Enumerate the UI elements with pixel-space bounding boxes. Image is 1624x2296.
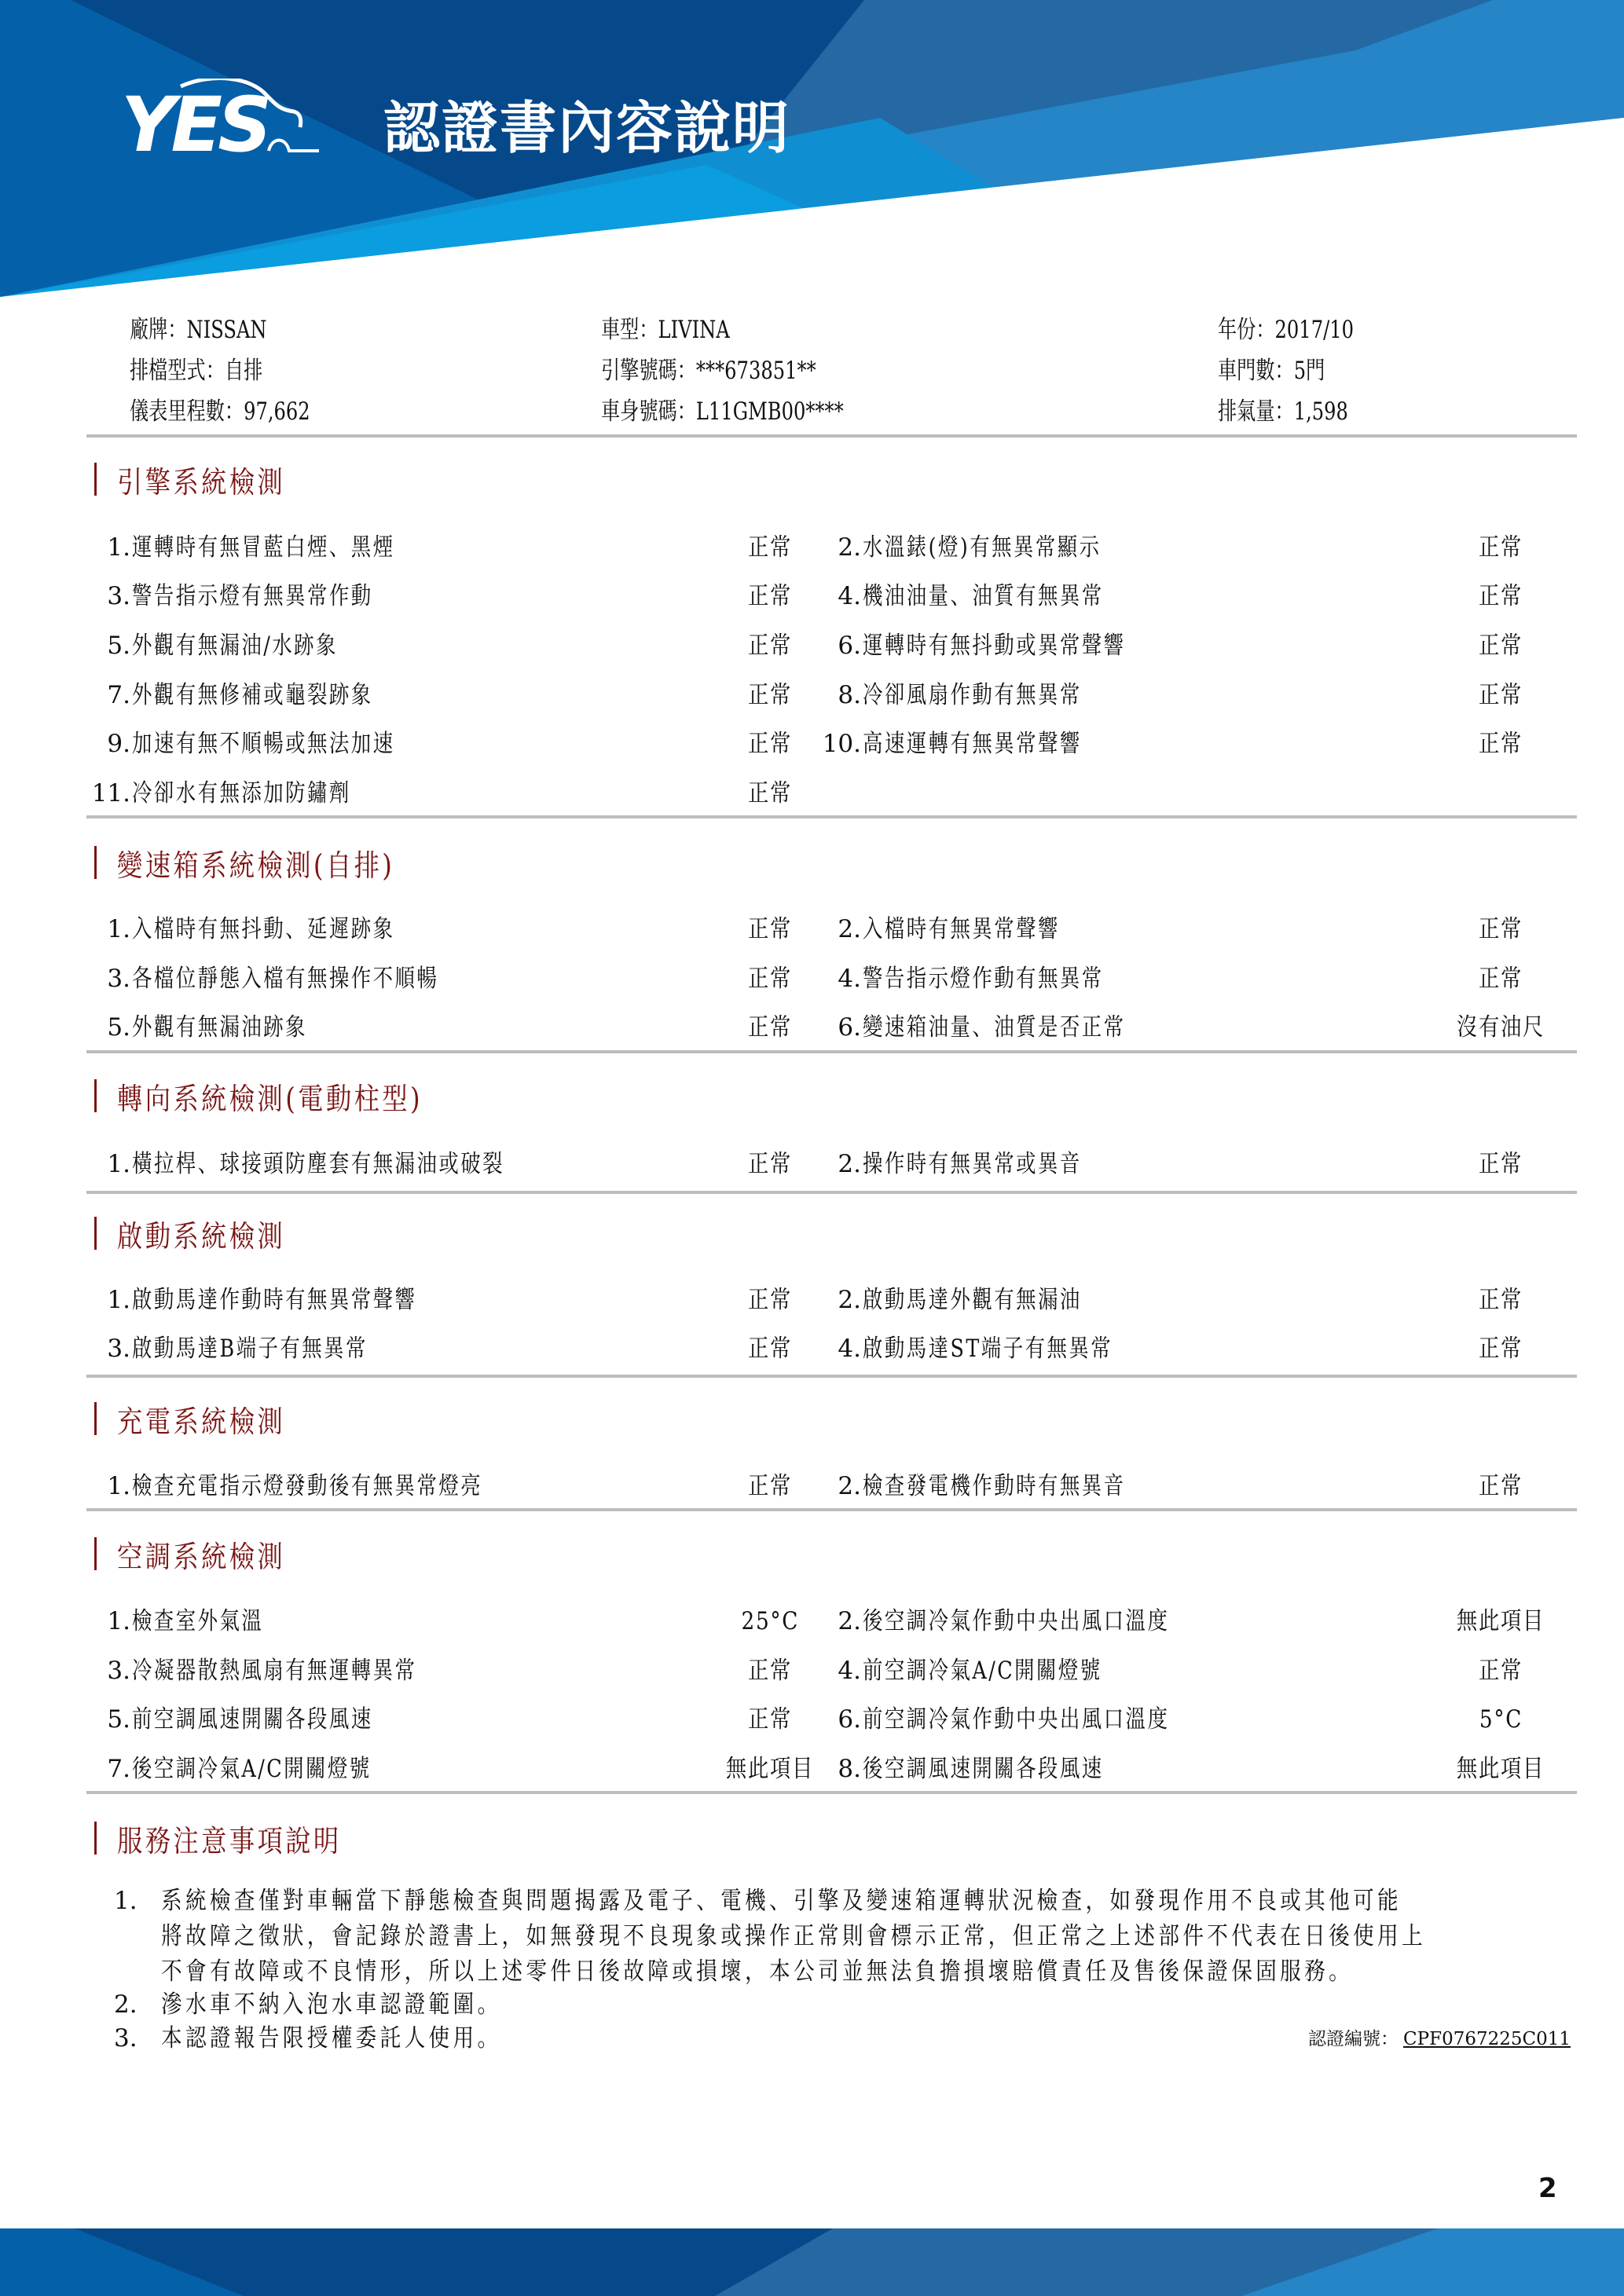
check-item: 2.操作時有無異常或異音: [817, 1147, 1130, 1181]
section-title-ac: 空調系統檢測: [94, 1532, 315, 1576]
check-item: 3.啟動馬達B端子有無異常: [86, 1331, 420, 1366]
check-item: 6.變速箱油量、油質是否正常: [817, 1010, 1183, 1045]
check-result: 5°C: [1422, 1702, 1579, 1737]
section-title-notes: 服務注意事項說明: [94, 1816, 381, 1860]
page-number: 2: [1538, 2173, 1557, 2204]
check-item: 5.外觀有無漏油跡象: [86, 1010, 346, 1045]
check-item: 2.入檔時有無異常聲響: [817, 912, 1103, 947]
yes-logo: YES: [126, 79, 361, 165]
divider: [86, 1791, 1577, 1794]
check-item: 1.檢查室外氣溫: [86, 1604, 292, 1639]
check-result: 正常: [1422, 530, 1579, 565]
section-title-text: 空調系統檢測: [117, 1532, 285, 1576]
section-bar: [94, 1822, 97, 1855]
section-bar: [94, 1079, 97, 1112]
certificate-value: CPF0767225C011: [1399, 2029, 1575, 2049]
section-bar: [94, 846, 97, 879]
check-result: 沒有油尺: [1422, 1010, 1579, 1045]
note-item-continued: 不會有故障或不良情形，所以上述零件日後故障或損壞，本公司並無法負擔損壞賠償責任及…: [114, 1954, 1547, 1989]
check-result: 正常: [1422, 1469, 1579, 1503]
footer-banner: [0, 2228, 1624, 2296]
check-result: 正常: [1422, 1331, 1579, 1366]
section-title-steering: 轉向系統檢測(電動柱型): [94, 1074, 477, 1118]
check-item: 4.機油油量、油質有無異常: [817, 579, 1157, 613]
section-title-transmission: 變速箱系統檢測(自排): [94, 840, 444, 884]
note-item: 1.系統檢查僅對車輛當下靜態檢查與問題揭露及電子、電機、引擎及變速箱運轉狀況檢查…: [114, 1884, 1604, 1918]
info-displacement: 排氣量：1,598: [1218, 396, 1348, 427]
divider: [86, 1050, 1577, 1053]
info-engine-no: 引擎號碼：***673851**: [601, 355, 816, 386]
certificate-number: 認證編號：CPF0767225C011: [1308, 2024, 1575, 2050]
divider: [86, 1508, 1577, 1511]
check-item: 2.啟動馬達外觀有無漏油: [817, 1283, 1130, 1317]
check-item: 3.各檔位靜態入檔有無操作不順暢: [86, 961, 506, 996]
check-item: 3.警告指示燈有無異常作動: [86, 579, 426, 613]
note-item: 3.本認證報告限授權委託人使用。: [114, 2021, 557, 2056]
svg-text:YES: YES: [126, 81, 268, 165]
section-bar: [94, 1537, 97, 1570]
check-item: 6.前空調冷氣作動中央出風口溫度: [817, 1702, 1237, 1737]
info-mileage: 儀表里程數：97,662: [130, 396, 310, 427]
check-result: 無此項目: [1422, 1752, 1579, 1786]
check-item: 10.高速運轉有無異常聲響: [817, 727, 1130, 761]
check-item: 5.前空調風速開關各段風速: [86, 1702, 426, 1737]
section-title-text: 轉向系統檢測(電動柱型): [117, 1075, 423, 1118]
divider: [86, 434, 1577, 438]
check-item: 7.外觀有無修補或龜裂跡象: [86, 678, 426, 712]
certificate-label: 認證編號：: [1308, 2029, 1399, 2049]
check-result: 正常: [1422, 727, 1579, 761]
page-title: 認證書內容說明: [383, 93, 790, 163]
check-item: 4.啟動馬達ST端子有無異常: [817, 1331, 1168, 1366]
info-year: 年份：2017/10: [1218, 314, 1354, 346]
section-bar: [94, 1217, 97, 1250]
check-item: 4.前空調冷氣A/C開關燈號: [817, 1653, 1155, 1688]
check-result: 正常: [1422, 1653, 1579, 1688]
section-title-text: 啟動系統檢測: [117, 1212, 285, 1255]
check-result: 正常: [691, 776, 849, 811]
check-item: 7.後空調冷氣A/C開關燈號: [86, 1752, 424, 1786]
check-item: 1.入檔時有無抖動、延遲跡象: [86, 912, 453, 947]
section-title-text: 變速箱系統檢測(自排): [117, 841, 394, 884]
check-result: 正常: [1422, 961, 1579, 996]
section-title-charging: 充電系統檢測: [94, 1397, 315, 1441]
divider: [86, 1191, 1577, 1194]
check-result: 正常: [1422, 678, 1579, 712]
check-item: 11.冷卻水有無添加防鏽劑: [86, 776, 399, 811]
check-item: 3.冷凝器散熱風扇有無運轉異常: [86, 1653, 479, 1688]
check-item: 2.水溫錶(燈)有無異常顯示: [817, 530, 1153, 565]
section-title-text: 引擎系統檢測: [117, 458, 285, 501]
info-vin: 車身號碼：L11GMB00****: [601, 396, 844, 427]
info-model: 車型：LIVINA: [601, 314, 730, 346]
divider: [86, 815, 1577, 818]
check-item: 2.檢查發電機作動時有無異音: [817, 1469, 1183, 1503]
info-brand: 廠牌：NISSAN: [130, 314, 267, 346]
section-title-text: 服務注意事項說明: [117, 1817, 342, 1860]
section-bar: [94, 1402, 97, 1435]
info-doors: 車門數：5門: [1218, 355, 1325, 386]
check-item: 9.加速有無不順暢或無法加速: [86, 727, 453, 761]
section-bar: [94, 463, 97, 496]
check-item: 1.啟動馬達作動時有無異常聲響: [86, 1283, 479, 1317]
check-item: 4.警告指示燈作動有無異常: [817, 961, 1157, 996]
section-title-starting: 啟動系統檢測: [94, 1211, 315, 1255]
section-title-engine: 引擎系統檢測: [94, 457, 315, 501]
check-result: 正常: [1422, 912, 1579, 947]
check-item: 5.外觀有無漏油/水跡象: [86, 628, 383, 663]
note-item: 2.滲水車不納入泡水車認證範圍。: [114, 1987, 557, 2022]
section-title-text: 充電系統檢測: [117, 1397, 285, 1441]
info-transmission: 排檔型式：自排: [130, 355, 262, 386]
note-item-continued: 將故障之徵狀，會記錄於證書上，如無發現不良現象或操作正常則會標示正常，但正常之上…: [114, 1919, 1624, 1954]
header-banner: YES 認證書內容說明: [0, 0, 1624, 298]
check-item: 6.運轉時有無抖動或異常聲響: [817, 628, 1183, 663]
check-item: 1.檢查充電指示燈發動後有無異常燈亮: [86, 1469, 559, 1503]
check-result: 正常: [1422, 628, 1579, 663]
check-item: 2.後空調冷氣作動中央出風口溫度: [817, 1604, 1237, 1639]
check-item: 1.運轉時有無冒藍白煙、黑煙: [86, 530, 453, 565]
check-result: 正常: [1422, 1283, 1579, 1317]
check-item: 8.後空調風速開關各段風速: [817, 1752, 1157, 1786]
divider: [86, 1375, 1577, 1378]
check-result: 無此項目: [1422, 1604, 1579, 1639]
check-result: 正常: [1422, 1147, 1579, 1181]
check-result: 正常: [1422, 579, 1579, 613]
check-item: 8.冷卻風扇作動有無異常: [817, 678, 1130, 712]
check-item: 1.橫拉桿、球接頭防塵套有無漏油或破裂: [86, 1147, 586, 1181]
